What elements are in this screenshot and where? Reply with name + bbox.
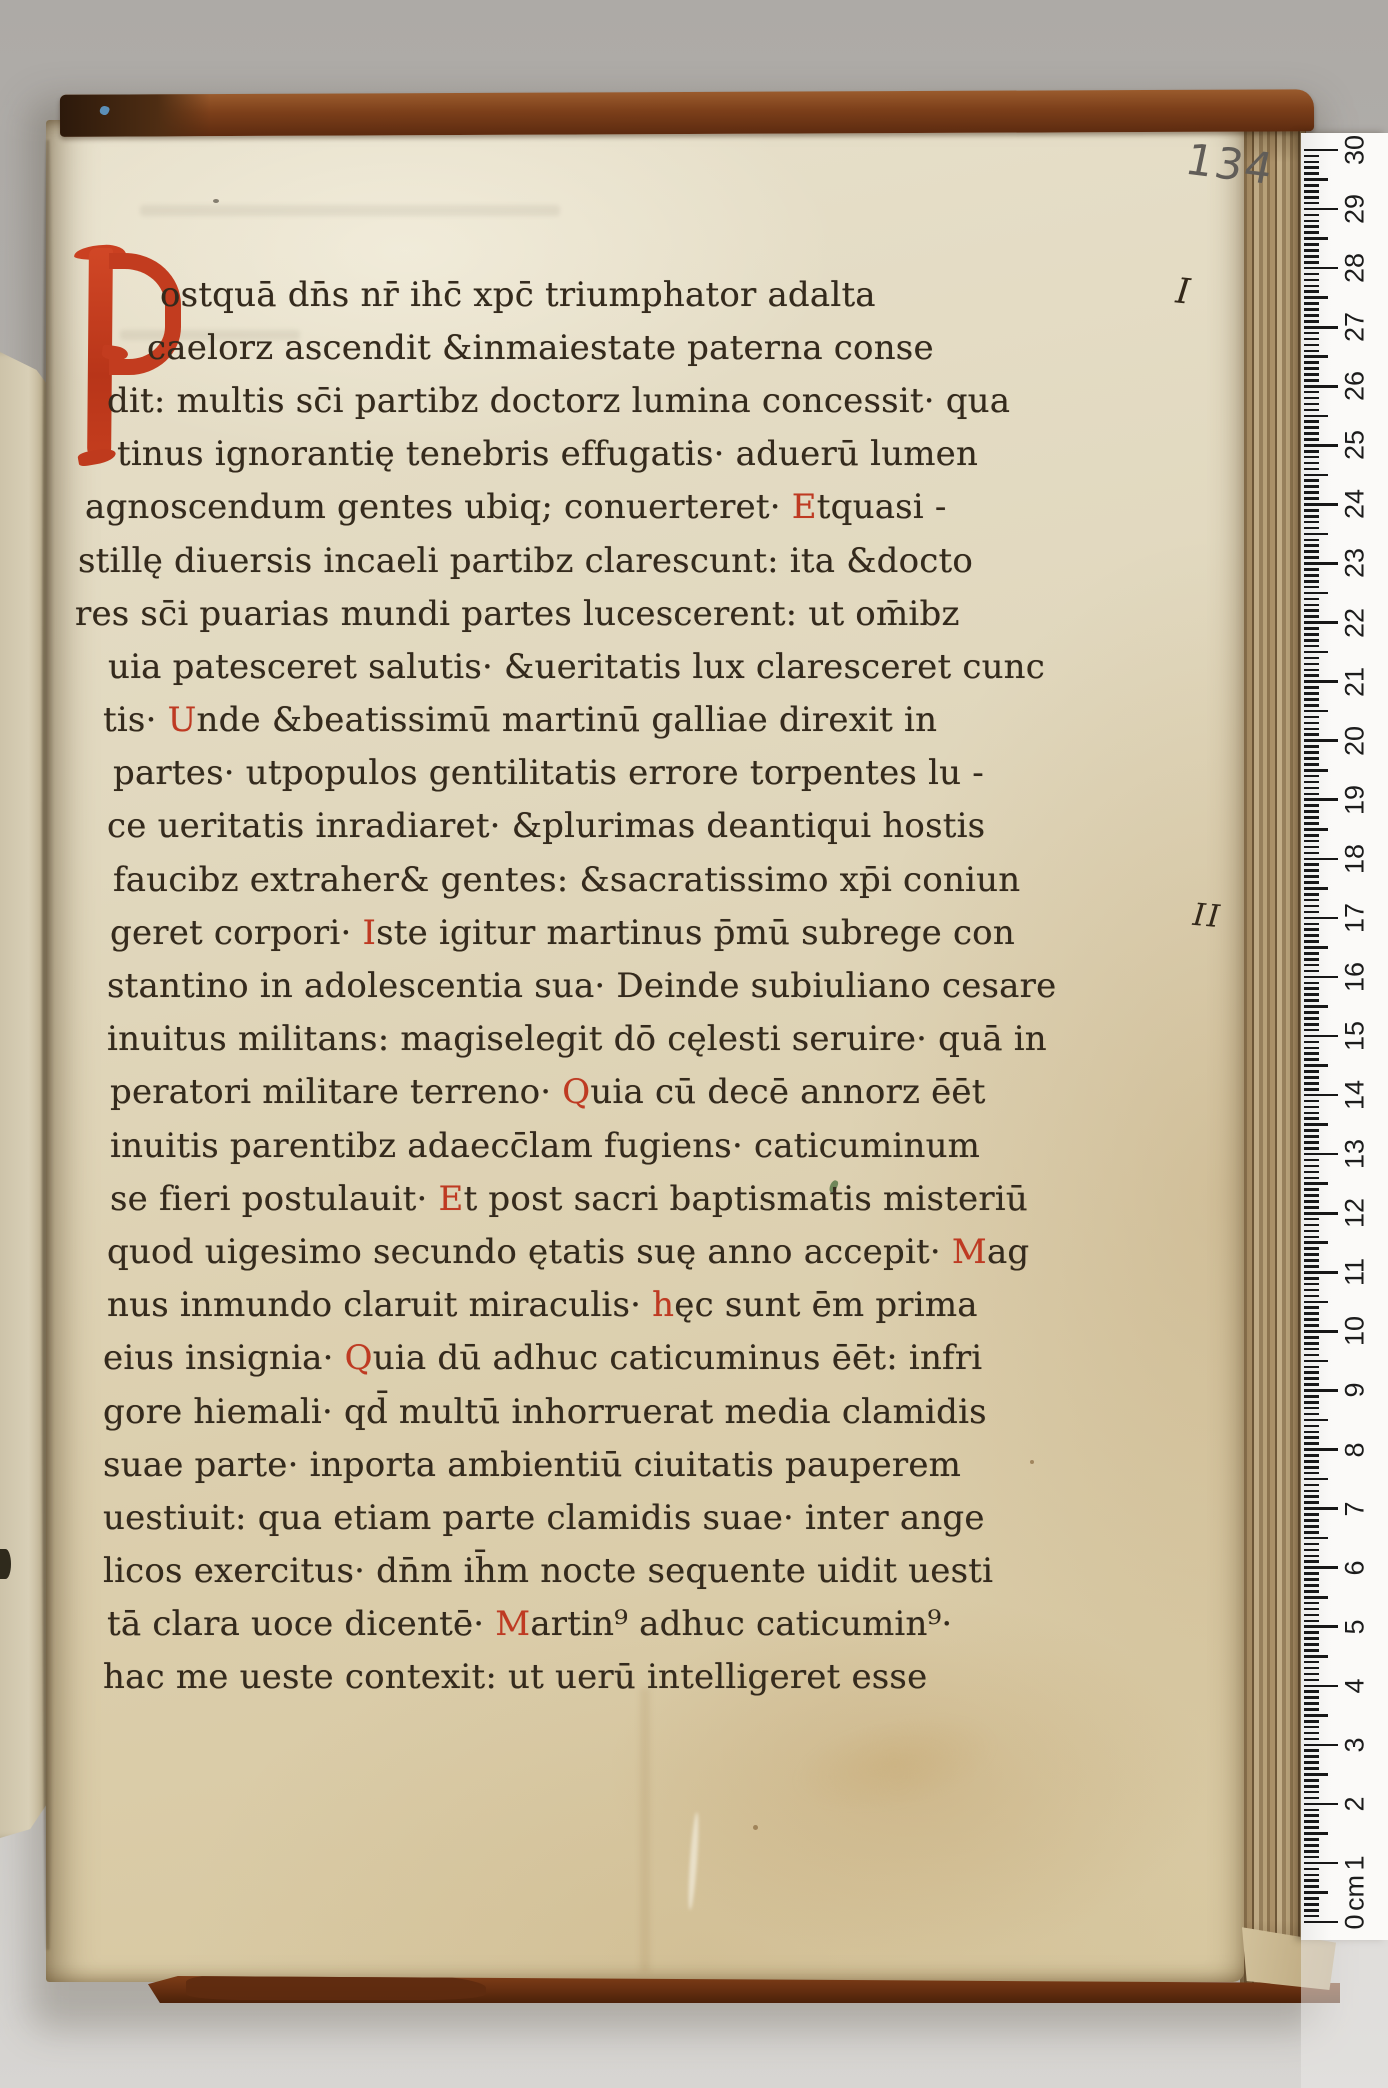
ruler-tick [1304,893,1319,896]
ruler-tick [1304,598,1319,601]
ruler-tick [1304,1389,1338,1392]
manuscript-text-segment: tinus ignorantię tenebris effugatis· adu… [117,434,978,474]
ruler-tick [1304,1915,1319,1918]
ruler-number-19: 19 [1340,770,1371,830]
ruler-tick [1304,1123,1328,1126]
ruler-tick [1304,261,1319,264]
ruler-tick [1304,917,1338,920]
ruler-tick [1304,586,1319,589]
ruler-tick [1304,645,1319,648]
ruler-number-26: 26 [1340,356,1371,416]
ruler-tick [1304,184,1319,187]
manuscript-line: tā clara uoce dicentē· Martin⁹ adhuc cat… [75,1598,1075,1651]
manuscript-text-segment: quod uigesimo secundo ętatis suę anno ac… [107,1232,952,1272]
ruler-tick [1304,1064,1328,1067]
ruler-tick [1304,952,1319,955]
ruler-tick [1304,1643,1319,1646]
ruler-tick [1304,1236,1319,1239]
ruler-tick [1304,1755,1319,1758]
ruler-tick [1304,568,1319,571]
manuscript-text-segment: ag [987,1232,1029,1272]
ruler-tick [1304,769,1328,772]
ruler-tick [1304,332,1319,335]
ruler-tick [1304,993,1319,996]
ruler-number-20: 20 [1340,711,1371,771]
ruler-tick [1304,669,1319,672]
ruler-tick [1304,1088,1319,1091]
manuscript-line: hac me ueste contexit: ut uerū intellige… [75,1651,1075,1704]
ruler-tick [1304,621,1338,624]
ruler-tick [1304,1041,1319,1044]
manuscript-text-segment: partes· utpopulos gentilitatis errore to… [113,753,984,793]
folio-number-pencil: 134 [1181,135,1279,195]
manuscript-text-segment: agnoscendum gentes ubiq; conuerteret· [85,487,792,527]
ruler-tick [1304,923,1319,926]
ruler-tick [1304,1377,1319,1380]
ruler-number-23: 23 [1340,533,1371,593]
ruler-number-6: 6 [1340,1538,1371,1598]
ruler-tick [1304,279,1319,282]
ruler-clear-extension [1301,1940,1388,2088]
ruler-tick [1304,970,1319,973]
manuscript-line: stantino in adolescentia sua· Deinde sub… [75,959,1075,1012]
ruler-tick [1304,1814,1319,1817]
ruler-tick [1304,1726,1319,1729]
ruler-tick [1304,1117,1319,1120]
text-showthrough [140,205,560,216]
ruler-tick [1304,320,1319,323]
ruler-tick [1304,1141,1319,1144]
ruler-tick [1304,1584,1319,1587]
top-binding-edge [60,89,1314,136]
ruler-tick [1304,1301,1328,1304]
ruler-tick [1304,1501,1319,1504]
ruler-tick [1304,1371,1319,1374]
ruler-tick [1304,1826,1319,1829]
ruler-tick [1304,1720,1319,1723]
ruler-tick [1304,1241,1328,1244]
ruler-tick [1304,208,1338,211]
parchment-dot [753,1825,758,1830]
manuscript-text-segment: res sc̄i puarias mundi partes lucesceren… [75,594,960,634]
ruler-tick [1304,1330,1338,1333]
ruler-tick [1304,527,1319,530]
manuscript-text-segment: hac me ueste contexit: ut uerū intellige… [103,1657,927,1697]
ruler-tick [1304,846,1319,849]
ruler-tick [1304,1844,1319,1847]
fore-edge-page-stack [1240,106,1306,1996]
manuscript-line: caelorz ascendit &inmaiestate paterna co… [75,321,1075,374]
ruler-tick [1304,852,1319,855]
ruler-tick [1304,539,1319,542]
ruler-tick [1304,674,1319,677]
ruler-tick [1304,474,1328,477]
ruler-tick [1304,1773,1328,1776]
ruler-tick [1304,1738,1319,1741]
manuscript-text-segment: faucibz extraher& gentes: &sacratissimo … [113,860,1020,900]
ruler-tick [1304,326,1338,329]
ruler-number-25: 25 [1340,415,1371,475]
ruler-tick [1304,1295,1319,1298]
ruler-number-15: 15 [1340,1006,1371,1066]
ruler-tick [1304,1265,1319,1268]
ruler-tick [1304,728,1319,731]
ruler-tick [1304,290,1319,293]
ruler-tick [1304,515,1319,518]
ruler-tick [1304,1602,1319,1605]
ruler-tick [1304,338,1319,341]
ruler-tick [1304,450,1319,453]
ruler-tick [1304,415,1328,418]
ruler-tick [1304,651,1328,654]
ruler-tick [1304,1566,1338,1569]
rubricated-letter: h [652,1285,674,1325]
ruler-tick [1304,1767,1319,1770]
ruler-tick [1304,497,1319,500]
ruler-tick [1304,1283,1319,1286]
ruler-tick [1304,1868,1319,1871]
ruler-tick [1304,1495,1319,1498]
ruler-tick [1304,1401,1319,1404]
ruler-tick [1304,1466,1319,1469]
ruler-tick [1304,1761,1319,1764]
manuscript-text-segment: geret corpori· [110,913,362,953]
manuscript-text-segment: ęc sunt ēm prima [674,1285,977,1325]
ruler-tick [1304,1578,1319,1581]
left-edge-ink-mark [0,1549,11,1579]
manuscript-text-segment: peratori militare terreno· [110,1072,562,1112]
ruler-tick [1304,698,1319,701]
manuscript-text-segment: caelorz ascendit &inmaiestate paterna co… [147,328,934,368]
ruler-unit-label: cm [1340,1863,1371,1923]
ruler-tick [1304,1259,1319,1262]
ruler-number-17: 17 [1340,888,1371,948]
ruler-tick [1304,1431,1319,1434]
manuscript-line: ce ueritatis inradiaret· &plurimas deant… [75,800,1075,853]
ruler-tick [1304,1230,1319,1233]
ruler-tick [1304,438,1319,441]
ruler-tick [1304,1058,1319,1061]
parchment-dot [213,199,219,203]
ruler-tick [1304,822,1319,825]
ruler-tick [1304,1921,1338,1924]
manuscript-line: tinus ignorantię tenebris effugatis· adu… [75,428,1075,481]
ruler-tick [1304,757,1319,760]
ruler-tick [1304,1153,1338,1156]
ruler-tick [1304,225,1319,228]
ruler-tick [1304,911,1319,914]
manuscript-line: nus inmundo claruit miraculis· hęc sunt … [75,1279,1075,1332]
ruler-tick [1304,1874,1319,1877]
ruler-tick [1304,196,1319,199]
ruler-tick [1304,1862,1338,1865]
ruler-tick [1304,1779,1319,1782]
ruler-tick [1304,533,1328,536]
ruler-tick [1304,1100,1319,1103]
ruler-tick [1304,858,1338,861]
ruler-tick [1304,491,1319,494]
ruler-tick [1304,285,1319,288]
manuscript-line: uia patesceret salutis· &ueritatis lux c… [75,640,1075,693]
chapter-numeral-2: II [1191,897,1223,935]
manuscript-text-segment: ostquā dn̄s nr̄ ihc̄ xpc̄ triumphator ad… [160,275,876,315]
ruler-tick [1304,1631,1319,1634]
ruler-tick [1304,604,1319,607]
ruler-tick [1304,1903,1319,1906]
rubricated-letter: E [439,1179,464,1219]
ruler-tick [1304,1490,1319,1493]
manuscript-line: res sc̄i puarias mundi partes lucesceren… [75,587,1075,640]
ruler-tick [1304,1200,1319,1203]
ruler-tick [1304,1809,1319,1812]
ruler-tick [1304,397,1319,400]
ruler-tick [1304,1159,1319,1162]
ruler-tick [1304,1649,1319,1652]
ruler-tick [1304,1850,1319,1853]
ruler-tick [1304,243,1319,246]
ruler-tick [1304,350,1319,353]
manuscript-text-segment: artin⁹ adhuc caticumin⁹· [530,1604,952,1644]
ruler-tick [1304,1165,1319,1168]
ruler-tick [1304,344,1319,347]
ruler-tick [1304,1661,1319,1664]
ruler-tick [1304,1247,1319,1250]
ruler-tick [1304,1312,1319,1315]
manuscript-photo-scene: 134 I II P ostquā dn̄s nr̄ ihc̄ xpc̄ tri… [0,0,1388,2088]
ruler-tick [1304,1519,1319,1522]
manuscript-text-segment: suae parte· inporta ambientiū ciuitatis … [103,1445,961,1485]
ruler-tick [1304,1856,1319,1859]
ruler-tick [1304,1135,1319,1138]
ruler-tick [1304,456,1319,459]
ruler-tick [1304,810,1319,813]
ruler-tick [1304,869,1319,872]
ruler-number-21: 21 [1340,652,1371,712]
ruler-tick [1304,1070,1319,1073]
ruler-tick [1304,840,1319,843]
ruler-tick [1304,485,1319,488]
ruler-tick [1304,1366,1319,1369]
ruler-tick [1304,1879,1319,1882]
ruler-number-27: 27 [1340,297,1371,357]
ruler-tick [1304,592,1328,595]
ruler-tick [1304,964,1319,967]
ruler-tick [1304,432,1319,435]
ruler-tick [1304,875,1319,878]
ruler-tick [1304,1253,1319,1256]
ruler-tick [1304,267,1338,270]
manuscript-text-segment: stantino in adolescentia sua· Deinde sub… [107,966,1056,1006]
ruler-tick [1304,1442,1319,1445]
ruler-tick [1304,1696,1319,1699]
manuscript-line: geret corpori· Iste igitur martinus p̄mū… [75,906,1075,959]
ruler-tick [1304,296,1328,299]
ruler-tick [1304,1608,1319,1611]
ruler-tick [1304,1655,1328,1658]
ruler-tick [1304,1791,1319,1794]
ruler-tick [1304,1023,1319,1026]
ruler-tick [1304,379,1319,382]
ruler-tick [1304,1354,1319,1357]
ruler-tick [1304,1690,1319,1693]
ruler-tick [1304,409,1319,412]
ruler-tick [1304,1106,1319,1109]
ruler-tick [1304,255,1319,258]
ruler-tick [1304,1744,1338,1747]
manuscript-line: quod uigesimo secundo ętatis suę anno ac… [75,1225,1075,1278]
ruler-tick [1304,798,1338,801]
ruler-tick [1304,999,1319,1002]
manuscript-text-segment: uia patesceret salutis· &ueritatis lux c… [108,647,1045,687]
ruler-tick [1304,733,1319,736]
ruler-tick [1304,1047,1319,1050]
gutter-fold-shadow [42,140,54,1950]
ruler-tick [1304,663,1319,666]
ruler-number-9: 9 [1340,1360,1371,1420]
manuscript-line: faucibz extraher& gentes: &sacratissimo … [75,853,1075,906]
rubricated-letter: U [168,700,197,740]
ruler-tick [1304,1478,1328,1481]
ruler-tick [1304,1212,1338,1215]
ruler-tick [1304,155,1319,158]
ruler-number-16: 16 [1340,947,1371,1007]
ruler-tick [1304,710,1328,713]
ruler-tick [1304,1218,1319,1221]
ruler-number-13: 13 [1340,1124,1371,1184]
ruler-tick [1304,149,1338,152]
ruler-tick [1304,1572,1319,1575]
ruler-tick [1304,1383,1319,1386]
ruler-tick [1304,544,1319,547]
ruler-tick [1304,1637,1319,1640]
manuscript-text-segment: uia dū adhuc caticuminus ēēt: infri [373,1338,983,1378]
ruler-tick [1304,308,1319,311]
ruler-tick [1304,1277,1319,1280]
ruler-tick [1304,976,1338,979]
rubricated-letter: Q [562,1072,590,1112]
ruler-tick [1304,249,1319,252]
ruler-tick [1304,426,1319,429]
ruler-tick [1304,781,1319,784]
rubricated-letter: M [495,1604,530,1644]
ruler-tick [1304,172,1319,175]
ruler-tick [1304,580,1319,583]
ruler-tick [1304,704,1319,707]
ruler-tick [1304,373,1319,376]
ruler-tick [1304,1112,1319,1115]
ruler-tick [1304,958,1319,961]
ruler-tick [1304,1188,1319,1191]
ruler-tick [1304,1147,1319,1150]
ruler-tick [1304,1785,1319,1788]
ruler-tick [1304,1094,1338,1097]
ruler-tick [1304,633,1319,636]
manuscript-line: partes· utpopulos gentilitatis errore to… [75,747,1075,800]
ruler-tick [1304,1732,1319,1735]
manuscript-text-segment: tis· [103,700,168,740]
manuscript-line: gore hiemali· qd̄ multū inhorruerat medi… [75,1385,1075,1438]
ruler-number-11: 11 [1340,1242,1371,1302]
manuscript-line: suae parte· inporta ambientiū ciuitatis … [75,1438,1075,1491]
ruler-tick [1304,1525,1319,1528]
ruler-tick [1304,887,1328,890]
manuscript-text-segment: se fieri postulauit· [110,1179,439,1219]
ruler-tick [1304,1891,1328,1894]
ruler-tick [1304,934,1319,937]
ruler-tick [1304,273,1319,276]
ruler-tick [1304,1549,1319,1552]
ruler-tick [1304,166,1319,169]
manuscript-line: licos exercitus· dn̄m ih̄m nocte sequent… [75,1545,1075,1598]
ruler-tick [1304,1194,1319,1197]
ruler-tick [1304,657,1319,660]
ruler-tick [1304,1407,1319,1410]
ruler-tick [1304,355,1328,358]
ruler-tick [1304,1224,1319,1227]
ruler-tick [1304,745,1319,748]
ruler-tick [1304,1590,1319,1593]
manuscript-text-segment: uestiuit: qua etiam parte clamidis suae·… [103,1498,985,1538]
ruler-tick [1304,1454,1319,1457]
ruler-number-22: 22 [1340,593,1371,653]
ruler-tick [1304,420,1319,423]
ruler-tick [1304,1324,1319,1327]
rubricated-letter: E [792,487,817,527]
ruler-tick [1304,1614,1319,1617]
rubricated-letter: M [952,1232,987,1272]
manuscript-text-segment: stillę diuersis incaeli partibz clarescu… [78,541,973,581]
ruler-tick [1304,1076,1319,1079]
ruler-tick [1304,987,1319,990]
ruler-number-24: 24 [1340,474,1371,534]
ruler-number-29: 29 [1340,179,1371,239]
manuscript-line: peratori militare terreno· Quia cū decē … [75,1066,1075,1119]
ruler-tick [1304,1679,1319,1682]
ruler-number-12: 12 [1340,1183,1371,1243]
ruler-tick [1304,1448,1338,1451]
ruler-tick [1304,863,1319,866]
ruler-tick [1304,1460,1319,1463]
manuscript-text-segment: nde &beatissimū martinū galliae direxit … [196,700,937,740]
ruler-tick [1304,1289,1319,1292]
manuscript-text-block: ostquā dn̄s nr̄ ihc̄ xpc̄ triumphator ad… [75,268,1075,1704]
ruler-tick [1304,1436,1319,1439]
ruler-tick [1304,1832,1328,1835]
ruler-number-8: 8 [1340,1420,1371,1480]
rubricated-letter: I [362,913,376,953]
ruler-number-18: 18 [1340,829,1371,889]
ruler-tick [1304,1029,1319,1032]
ruler-tick [1304,716,1319,719]
ruler-tick [1304,899,1319,902]
ruler-tick [1304,739,1338,742]
ruler-tick [1304,231,1319,234]
ruler-tick [1304,479,1319,482]
ruler-tick [1304,751,1319,754]
ruler-tick [1304,627,1319,630]
ruler-tick [1304,1360,1328,1363]
ruler-tick [1304,1171,1319,1174]
ruler-tick [1304,1673,1319,1676]
ruler-tick [1304,214,1319,217]
ruler-tick [1304,468,1319,471]
ruler-tick [1304,1513,1319,1516]
cm-ruler: 3029282726252423222120191817161514131211… [1301,133,1388,1940]
ruler-tick [1304,1484,1319,1487]
ruler-tick [1304,787,1319,790]
ruler-tick [1304,521,1319,524]
ruler-tick [1304,1052,1319,1055]
